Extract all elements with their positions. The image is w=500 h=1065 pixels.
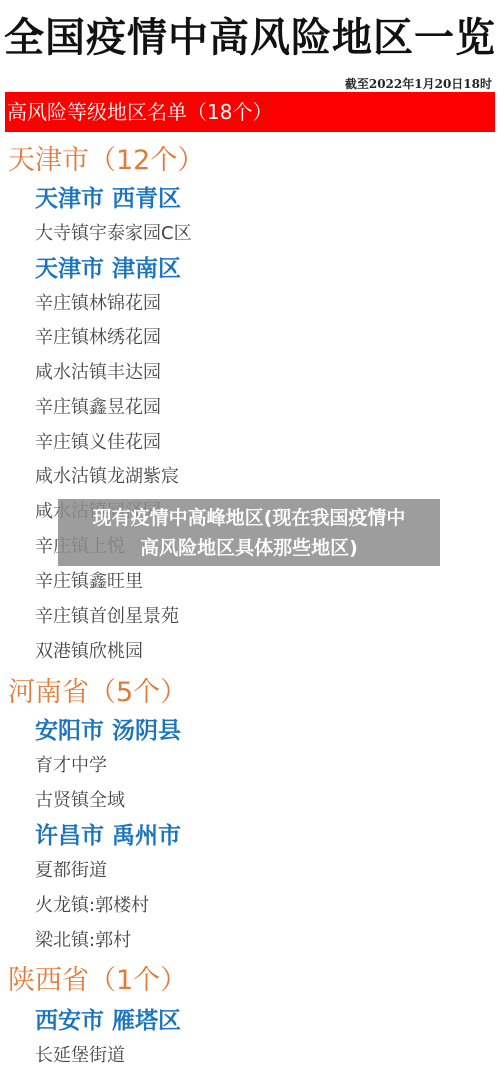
list-item: 双港镇欣桃园	[35, 637, 143, 663]
list-item: 长延堡街道	[35, 1041, 125, 1065]
list-item: 火龙镇:郭楼村	[35, 891, 149, 917]
list-item: 辛庄镇林锦花园	[35, 289, 161, 315]
province-heading: 河南省（5个）	[8, 670, 187, 709]
list-item: 辛庄镇林绣花园	[35, 323, 161, 349]
caption-line-1: 现有疫情中高峰地区(现在我国疫情中	[58, 503, 440, 533]
province-heading: 陕西省（1个）	[8, 958, 187, 997]
caption-overlay: 现有疫情中高峰地区(现在我国疫情中 高风险地区具体那些地区)	[58, 499, 440, 566]
city-heading: 西安市 雁塔区	[35, 1002, 181, 1035]
list-item: 辛庄镇义佳花园	[35, 428, 161, 454]
city-heading: 天津市 西青区	[35, 180, 181, 213]
city-heading: 许昌市 禹州市	[35, 817, 181, 850]
province-heading: 天津市（12个）	[8, 138, 204, 177]
list-item: 辛庄镇鑫旺里	[35, 567, 143, 593]
city-heading: 安阳市 汤阴县	[35, 712, 181, 745]
as-of-timestamp: 截至2022年1月20日18时	[345, 75, 492, 92]
list-item: 大寺镇宇泰家园C区	[35, 219, 192, 245]
list-item: 梁北镇:郭村	[35, 926, 131, 952]
list-item: 辛庄镇首创星景苑	[35, 602, 179, 628]
list-item: 辛庄镇鑫昱花园	[35, 393, 161, 419]
high-risk-banner: 高风险等级地区名单（18个）	[5, 92, 495, 132]
caption-line-2: 高风险地区具体那些地区)	[58, 533, 440, 563]
list-item: 咸水沽镇丰达园	[35, 358, 161, 384]
city-heading: 天津市 津南区	[35, 250, 181, 283]
page-title: 全国疫情中高风险地区一览	[0, 6, 500, 63]
list-item: 育才中学	[35, 751, 107, 777]
list-item: 咸水沽镇龙湖紫宸	[35, 462, 179, 488]
list-item: 夏都街道	[35, 856, 107, 882]
list-item: 古贤镇全域	[35, 786, 125, 812]
